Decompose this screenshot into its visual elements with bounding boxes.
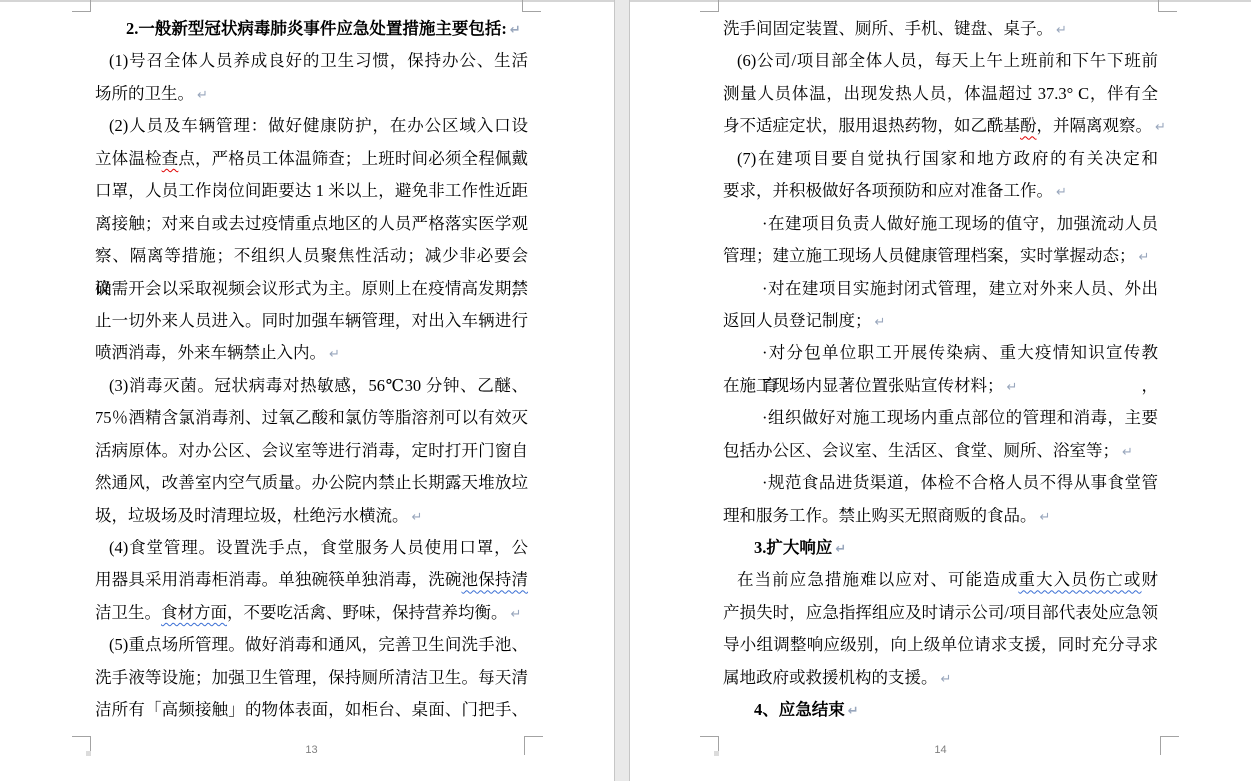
text-line[interactable]: 在当前应急措施难以应对、可能造成重大入员伤亡或财 bbox=[723, 564, 1158, 596]
text-line[interactable]: 3.扩大响应↵ bbox=[723, 532, 1158, 564]
text-line[interactable]: 包括办公区、会议室、生活区、食堂、厕所、浴室等；↵ bbox=[723, 435, 1158, 467]
text-line[interactable]: 口罩，人员工作岗位间距要达 1 米以上，避免非工作性近距 bbox=[95, 175, 528, 207]
text-line[interactable]: 理和服务工作。禁止购买无照商贩的食品。↵ bbox=[723, 500, 1158, 532]
text-line[interactable]: 身不适症定状，服用退热药物，如乙酰基酚，并隔离观察。↵ bbox=[723, 110, 1158, 142]
crop-mark-top-right bbox=[522, 11, 541, 12]
page-gutter-divider bbox=[614, 0, 630, 781]
crop-mark-top-left bbox=[700, 11, 719, 12]
text-line[interactable]: 喷洒消毒，外来车辆禁止入内。↵ bbox=[95, 337, 528, 369]
crop-mark-dot bbox=[86, 751, 91, 756]
text-line[interactable]: 属地政府或救援机构的支援。↵ bbox=[723, 662, 1158, 694]
grammar-underline: 重大入员伤亡或 bbox=[1018, 570, 1141, 589]
text-line[interactable]: 离接触；对来自或去过疫情重点地区的人员严格落实医学观 bbox=[95, 208, 528, 240]
text-line[interactable]: 然通风，改善室内空气质量。办公院内禁止长期露天堆放垃 bbox=[95, 467, 528, 499]
text-line[interactable]: 4、应急结束↵ bbox=[723, 694, 1158, 726]
text-line[interactable]: 场所的卫生。↵ bbox=[95, 78, 528, 110]
text-line[interactable]: 洁卫生。食材方面，不要吃活禽、野味，保持营养均衡。↵ bbox=[95, 597, 528, 629]
text-line[interactable]: (7)在建项目要自觉执行国家和地方政府的有关决定和 bbox=[723, 143, 1158, 175]
text-line[interactable]: 确需开会以采取视频会议形式为主。原则上在疫情高发期禁 bbox=[95, 273, 528, 305]
crop-mark-dot bbox=[714, 751, 719, 756]
text-line[interactable]: ·规范食品进货渠道，体检不合格人员不得从事食堂管 bbox=[723, 467, 1158, 499]
spellcheck-underline: 查 bbox=[162, 149, 179, 168]
crop-mark-top-left bbox=[72, 11, 91, 12]
paragraph-mark-icon: ↵ bbox=[1056, 185, 1067, 200]
word-document-view: { "ui": { "background": "#ffffff", "divi… bbox=[0, 0, 1251, 781]
text-line[interactable]: 返回人员登记制度；↵ bbox=[723, 305, 1158, 337]
text-line[interactable]: 察、隔离等措施；不组织人员聚焦性活动；减少非必要会议， bbox=[95, 240, 528, 272]
text-line[interactable]: (4)食堂管理。设置洗手点，食堂服务人员使用口罩，公 bbox=[95, 532, 528, 564]
paragraph-mark-icon: ↵ bbox=[412, 510, 423, 525]
text-line[interactable]: 洗手间固定装置、厕所、手机、键盘、桌子。↵ bbox=[723, 13, 1158, 45]
grammar-underline: 食材方面 bbox=[161, 603, 227, 622]
text-line[interactable]: (3)消毒灭菌。冠状病毒对热敏感，56℃30 分钟、乙醚、 bbox=[95, 370, 528, 402]
crop-mark-bottom-right bbox=[1160, 736, 1161, 755]
paragraph-mark-icon: ↵ bbox=[848, 704, 859, 719]
page-number-14: 14 bbox=[723, 743, 1158, 757]
grammar-underline: 池保持清 bbox=[462, 570, 528, 589]
crop-mark-top-right bbox=[1158, 11, 1177, 12]
paragraph-mark-icon: ↵ bbox=[1122, 445, 1133, 460]
text-line[interactable]: 洁所有「高频接触」的物体表面，如柜台、桌面、门把手、 bbox=[95, 694, 528, 726]
paragraph-mark-icon: ↵ bbox=[1155, 120, 1166, 135]
text-line[interactable]: 用器具采用消毒柜消毒。单独碗筷单独消毒，洗碗池保持清 bbox=[95, 564, 528, 596]
paragraph-mark-icon: ↵ bbox=[941, 672, 952, 687]
text-line[interactable]: 要求，并积极做好各项预防和应对准备工作。↵ bbox=[723, 175, 1158, 207]
crop-mark-bottom-right bbox=[524, 736, 543, 737]
paragraph-mark-icon: ↵ bbox=[875, 315, 886, 330]
text-line[interactable]: (6)公司/项目部全体人员，每天上午上班前和下午下班前 bbox=[723, 45, 1158, 77]
text-line[interactable]: (1)号召全体人员养成良好的卫生习惯，保持办公、生活 bbox=[95, 45, 528, 77]
text-line[interactable]: ·对分包单位职工开展传染病、重大疫情知识宣传教育， bbox=[723, 337, 1158, 369]
paragraph-mark-icon: ↵ bbox=[1056, 23, 1067, 38]
paragraph-mark-icon: ↵ bbox=[511, 607, 522, 622]
text-line[interactable]: 产损失时，应急指挥组应及时请示公司/项目部代表处应急领 bbox=[723, 597, 1158, 629]
paragraph-mark-icon: ↵ bbox=[197, 88, 208, 103]
text-line[interactable]: 管理；建立施工现场人员健康管理档案，实时掌握动态；↵ bbox=[723, 240, 1158, 272]
paragraph-mark-icon: ↵ bbox=[1040, 510, 1051, 525]
crop-mark-bottom-left bbox=[72, 736, 91, 737]
text-line[interactable]: 立体温检查点，严格员工体温筛查；上班时间必须全程佩戴 bbox=[95, 143, 528, 175]
text-line[interactable]: (5)重点场所管理。做好消毒和通风，完善卫生间洗手池、 bbox=[95, 629, 528, 661]
text-line[interactable]: (2)人员及车辆管理：做好健康防护，在办公区域入口设 bbox=[95, 110, 528, 142]
paragraph-mark-icon: ↵ bbox=[510, 23, 521, 38]
spellcheck-underline: 酚 bbox=[1020, 116, 1037, 135]
page-14-text: 洗手间固定装置、厕所、手机、键盘、桌子。↵(6)公司/项目部全体人员，每天上午上… bbox=[723, 13, 1158, 727]
text-line[interactable]: 止一切外来人员进入。同时加强车辆管理，对出入车辆进行 bbox=[95, 305, 528, 337]
paragraph-mark-icon: ↵ bbox=[329, 347, 340, 362]
paragraph-mark-icon: ↵ bbox=[1007, 380, 1018, 395]
paragraph-mark-icon: ↵ bbox=[1139, 250, 1150, 265]
text-line[interactable]: 导小组调整响应级别，向上级单位请求支援，同时充分寻求 bbox=[723, 629, 1158, 661]
text-line[interactable]: 测量人员体温，出现发热人员，体温超过 37.3° C，伴有全 bbox=[723, 78, 1158, 110]
text-line[interactable]: 活病原体。对办公区、会议室等进行消毒，定时打开门窗自 bbox=[95, 435, 528, 467]
paragraph-mark-icon: ↵ bbox=[835, 542, 846, 557]
crop-mark-bottom-left bbox=[700, 736, 719, 737]
text-line[interactable]: 洗手液等设施；加强卫生管理，保持厕所清洁卫生。每天清 bbox=[95, 662, 528, 694]
page-13-text: 2.一般新型冠状病毒肺炎事件应急处置措施主要包括:↵(1)号召全体人员养成良好的… bbox=[95, 13, 528, 727]
text-line[interactable]: ·对在建项目实施封闭式管理，建立对外来人员、外出 bbox=[723, 273, 1158, 305]
text-line[interactable]: ·组织做好对施工现场内重点部位的管理和消毒，主要 bbox=[723, 402, 1158, 434]
text-line[interactable]: ·在建项目负责人做好施工现场的值守，加强流动人员 bbox=[723, 208, 1158, 240]
crop-mark-bottom-right bbox=[1160, 736, 1179, 737]
text-line[interactable]: 75％酒精含氯消毒剂、过氧乙酸和氯仿等脂溶剂可以有效灭 bbox=[95, 402, 528, 434]
page-number-13: 13 bbox=[95, 743, 528, 757]
text-line[interactable]: 圾，垃圾场及时清理垃圾，杜绝污水横流。↵ bbox=[95, 500, 528, 532]
text-line[interactable]: 2.一般新型冠状病毒肺炎事件应急处置措施主要包括:↵ bbox=[95, 13, 528, 45]
